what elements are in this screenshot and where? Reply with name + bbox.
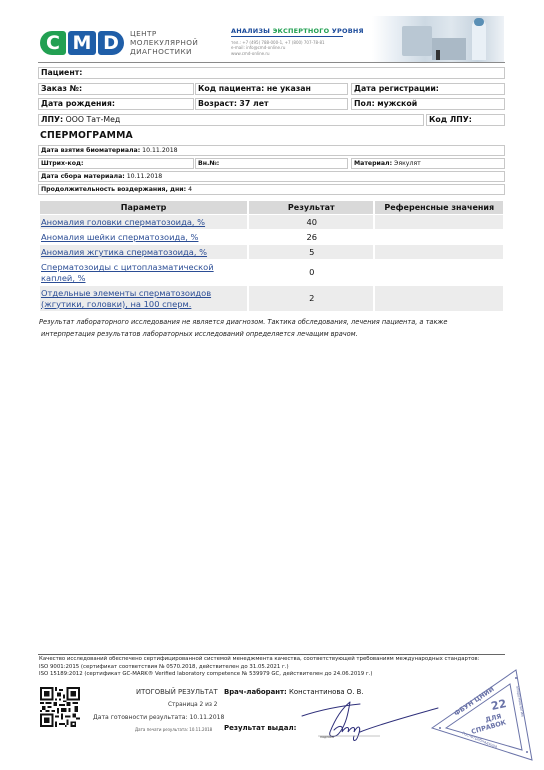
- logo-letter-c: C: [40, 31, 66, 55]
- laboratory-photo: [372, 16, 504, 62]
- birth-date-label: Дата рождения:: [41, 99, 115, 108]
- collection-date-value: 10.11.2018: [127, 173, 162, 180]
- order-field: Заказ №:: [38, 83, 194, 95]
- birth-date-field: Дата рождения:: [38, 98, 194, 110]
- parameter-link[interactable]: Аномалия жгутика сперматозоида, %: [41, 247, 207, 257]
- biomaterial-date-field: Дата взятия биоматериала: 10.11.2018: [38, 145, 505, 156]
- reference-cell: [375, 215, 503, 229]
- parameter-link[interactable]: Аномалия головки сперматозоида, %: [41, 217, 205, 227]
- disclaimer-line: интерпретация результатов лабораторных и…: [39, 329, 447, 341]
- table-row: Отдельные элементы сперматозоидов (жгути…: [40, 286, 503, 311]
- biomaterial-date-label: Дата взятия биоматериала:: [41, 147, 140, 154]
- quality-line: ISO 15189:2012 (сертификат GC-MARK® Veri…: [39, 671, 479, 679]
- signature-caption: подпись: [320, 735, 334, 739]
- result-issued-label: Результат выдал:: [224, 724, 296, 732]
- lab-doctor: Врач-лаборант: Константинова О. В.: [224, 688, 364, 696]
- collection-date-label: Дата сбора материала:: [41, 173, 125, 180]
- org-name-line: ЦЕНТР: [130, 29, 198, 38]
- final-result-label: ИТОГОВЫЙ РЕЗУЛЬТАТ: [136, 688, 218, 696]
- parameter-link-line1: Сперматозоиды с цитоплазматической: [41, 262, 214, 272]
- parameter-cell: Отдельные элементы сперматозоидов (жгути…: [40, 286, 247, 311]
- column-header-result: Результат: [249, 201, 373, 214]
- disclaimer-line: Результат лабораторного исследования не …: [39, 317, 447, 329]
- cmd-logo: C M D: [40, 31, 124, 55]
- stamp-right-text: эпидемиологии: [515, 685, 525, 717]
- biomaterial-date-value: 10.11.2018: [142, 147, 177, 154]
- parameter-cell: Сперматозоиды с цитоплазматической капле…: [40, 260, 247, 285]
- slogan-highlight: ЭКСПЕРТНОГО: [273, 27, 330, 35]
- patient-field: Пациент:: [38, 67, 505, 79]
- stamp-number: 22: [490, 697, 508, 713]
- parameter-link[interactable]: Отдельные элементы сперматозоидов (жгути…: [41, 288, 211, 309]
- barcode-field: Штрих-код:: [38, 158, 194, 169]
- result-cell: 5: [249, 245, 373, 259]
- age-field: Возраст: 37 лет: [195, 98, 348, 110]
- parameter-link[interactable]: Аномалия шейки сперматозоида, %: [41, 232, 198, 242]
- sex-value: мужской: [377, 99, 417, 108]
- stamp-icon: ФБУН ЦНИИ 22 ДЛЯ СПРАВОК Роспотребнадзор…: [428, 668, 536, 763]
- parameter-link[interactable]: Сперматозоиды с цитоплазматической капле…: [41, 262, 214, 283]
- contact-info: тел.: +7 (495) 788-000-1, +7 (800) 707-7…: [231, 40, 325, 56]
- quality-line: Качество исследований обеспечено сертифи…: [39, 656, 479, 664]
- result-ready-date: Дата готовности результата: 10.11.2018: [93, 714, 224, 721]
- parameter-cell: Аномалия шейки сперматозоида, %: [40, 230, 247, 244]
- sex-label: Пол:: [354, 99, 375, 108]
- age-value: 37 лет: [239, 99, 268, 108]
- lpu-field: ЛПУ: ООО Тат-Мед: [38, 114, 424, 126]
- parameter-cell: Аномалия головки сперматозоида, %: [40, 215, 247, 229]
- org-name-line: ДИАГНОСТИКИ: [130, 47, 198, 56]
- reference-cell: [375, 286, 503, 311]
- parameter-link-line1: Отдельные элементы сперматозоидов: [41, 288, 211, 298]
- abstinence-label: Продолжительность воздержания, дни:: [41, 186, 186, 193]
- lab-doctor-name: Константинова О. В.: [289, 688, 364, 696]
- result-cell: 2: [249, 286, 373, 311]
- age-label: Возраст:: [198, 99, 237, 108]
- header-divider: [38, 62, 505, 63]
- patient-label: Пациент:: [41, 68, 82, 77]
- abstinence-value: 4: [188, 186, 192, 193]
- patient-code-label: Код пациента:: [198, 84, 264, 93]
- qr-code-icon: [40, 687, 80, 727]
- slogan-part: УРОВНЯ: [329, 27, 363, 35]
- lpu-value: ООО Тат-Мед: [66, 115, 121, 124]
- barcode-label: Штрих-код:: [41, 160, 83, 167]
- result-cell: 40: [249, 215, 373, 229]
- lpu-code-field: Код ЛПУ:: [426, 114, 505, 126]
- logo-letter-m: M: [68, 31, 96, 55]
- column-header-reference: Референсные значения: [375, 201, 503, 214]
- reference-cell: [375, 230, 503, 244]
- patient-code-field: Код пациента: не указан: [195, 83, 348, 95]
- internal-number-label: Вн.№:: [198, 160, 219, 167]
- footer-divider: [38, 654, 505, 655]
- slogan-underline: [231, 36, 343, 37]
- section-title: СПЕРМОГРАММА: [40, 130, 133, 141]
- slogan-part: АНАЛИЗЫ: [231, 27, 273, 35]
- parameter-cell: Аномалия жгутика сперматозоида, %: [40, 245, 247, 259]
- sex-field: Пол: мужской: [351, 98, 505, 110]
- material-label: Материал:: [354, 160, 392, 167]
- results-table: Параметр Результат Референсные значения …: [38, 200, 505, 312]
- registration-date-label: Дата регистрации:: [354, 84, 439, 93]
- table-header-row: Параметр Результат Референсные значения: [40, 201, 503, 214]
- slogan: АНАЛИЗЫ ЭКСПЕРТНОГО УРОВНЯ: [231, 27, 364, 35]
- table-row: Аномалия шейки сперматозоида, % 26: [40, 230, 503, 244]
- parameter-link-line2: каплей, %: [41, 273, 85, 283]
- lab-doctor-label: Врач-лаборант:: [224, 688, 287, 696]
- org-name-line: МОЛЕКУЛЯРНОЙ: [130, 38, 198, 47]
- material-value: Эякулят: [394, 160, 421, 167]
- table-row: Аномалия головки сперматозоида, % 40: [40, 215, 503, 229]
- result-cell: 26: [249, 230, 373, 244]
- lpu-code-label: Код ЛПУ:: [429, 115, 472, 124]
- registration-date-field: Дата регистрации:: [351, 83, 505, 95]
- disclaimer: Результат лабораторного исследования не …: [39, 317, 447, 340]
- column-header-parameter: Параметр: [40, 201, 247, 214]
- collection-date-field: Дата сбора материала: 10.11.2018: [38, 171, 505, 182]
- lpu-label: ЛПУ:: [41, 115, 63, 124]
- page-number: Страница 2 из 2: [168, 702, 217, 708]
- abstinence-field: Продолжительность воздержания, дни: 4: [38, 184, 505, 195]
- reference-cell: [375, 245, 503, 259]
- parameter-link-line2: (жгутики, головки), на 100 сперм.: [41, 299, 191, 309]
- order-label: Заказ №:: [41, 84, 82, 93]
- quality-statement: Качество исследований обеспечено сертифи…: [39, 656, 479, 679]
- logo-letter-d: D: [98, 31, 124, 55]
- internal-number-field: Вн.№:: [195, 158, 348, 169]
- result-print-date: Дата печати результата: 10.11.2018: [135, 727, 212, 732]
- result-cell: 0: [249, 260, 373, 285]
- table-row: Сперматозоиды с цитоплазматической капле…: [40, 260, 503, 285]
- contact-website: www.cmd-online.ru: [231, 51, 325, 56]
- organization-name: ЦЕНТР МОЛЕКУЛЯРНОЙ ДИАГНОСТИКИ: [130, 29, 198, 57]
- material-field: Материал: Эякулят: [351, 158, 505, 169]
- patient-code-value: не указан: [267, 84, 311, 93]
- reference-cell: [375, 260, 503, 285]
- table-row: Аномалия жгутика сперматозоида, % 5: [40, 245, 503, 259]
